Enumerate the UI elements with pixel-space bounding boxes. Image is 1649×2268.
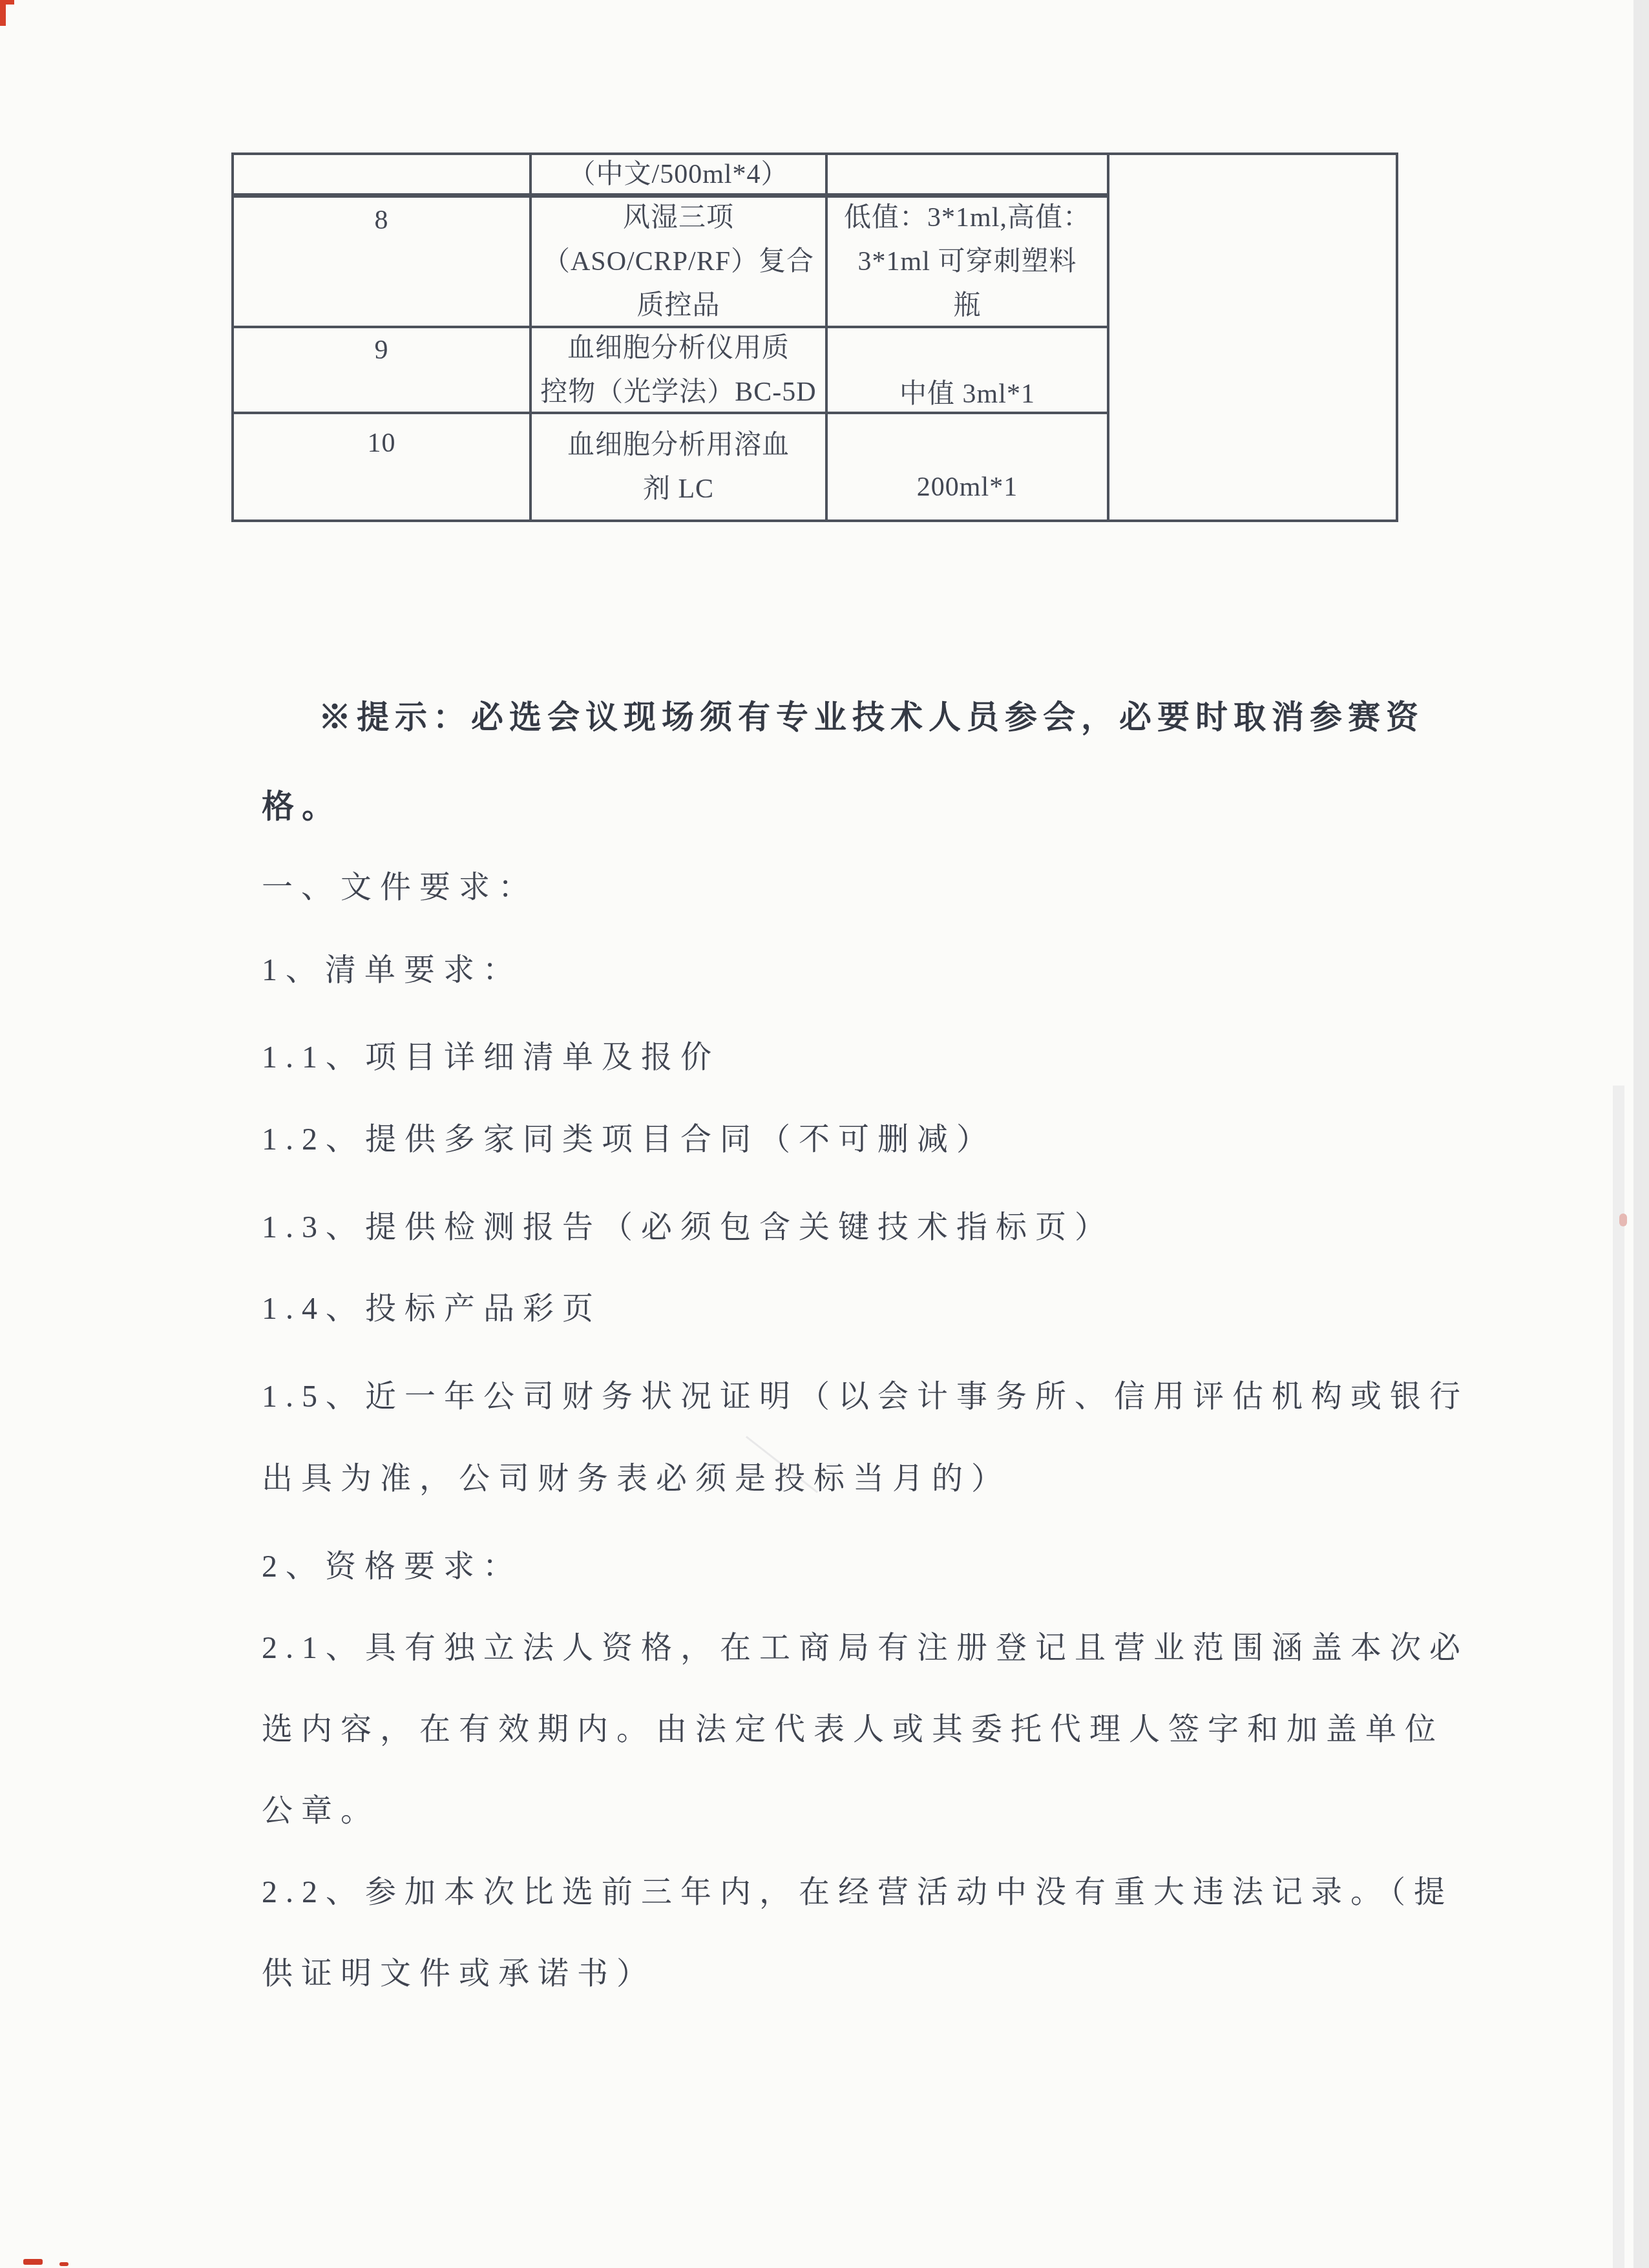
table-cell-carryover-num bbox=[234, 155, 532, 198]
table-text: （ASO/CRP/RF）复合 bbox=[543, 240, 814, 284]
reagent-spec-table: （中文/500ml*4） 8 风湿三项 （ASO/CRP/RF）复合 质控品 低… bbox=[231, 152, 1398, 522]
scan-pink-dot-right bbox=[1619, 1213, 1627, 1226]
item-2-2: 2.2、参加本次比选前三年内，在经营活动中没有重大违法记录。（提 bbox=[262, 1870, 1453, 1915]
table-row-number: 8 bbox=[375, 198, 389, 242]
item-1-1: 1.1、项目详细清单及报价 bbox=[262, 1035, 720, 1080]
subsection-1: 1、清单要求： bbox=[262, 948, 522, 993]
table-cell-carryover-spec bbox=[828, 155, 1109, 198]
table-text: 质控品 bbox=[636, 284, 720, 328]
table-cell-row10-num: 10 bbox=[234, 414, 532, 520]
table-cell-carryover-name: （中文/500ml*4） bbox=[532, 155, 828, 198]
table-cell-row9-name: 血细胞分析仪用质 控物（光学法）BC-5D bbox=[532, 328, 828, 414]
item-1-2: 1.2、提供多家同类项目合同（不可删减） bbox=[262, 1117, 996, 1162]
item-1-4: 1.4、投标产品彩页 bbox=[262, 1286, 602, 1332]
scan-streak-right-inner bbox=[1613, 1086, 1624, 2268]
table-row-number: 10 bbox=[368, 421, 396, 465]
table-cell-row8-spec: 低值：3*1ml,高值： 3*1ml 可穿刺塑料 瓶 bbox=[828, 198, 1109, 328]
item-1-5-continuation: 出具为准，公司财务表必须是投标当月的） bbox=[262, 1456, 1011, 1502]
table-cell-row8-num: 8 bbox=[234, 198, 532, 328]
table-cell-row8-name: 风湿三项 （ASO/CRP/RF）复合 质控品 bbox=[532, 198, 828, 328]
table-text: 瓶 bbox=[953, 284, 981, 328]
table-cell-row9-num: 9 bbox=[234, 328, 532, 414]
table-text: 风湿三项 bbox=[623, 198, 734, 240]
table-text: 控物（光学法）BC-5D bbox=[540, 370, 816, 414]
scan-red-dash-bottom-2 bbox=[59, 2262, 68, 2266]
subsection-2: 2、资格要求： bbox=[262, 1544, 522, 1590]
notice-line: ※提示：必选会议现场须有专业技术人员参会，必要时取消参赛资 bbox=[319, 695, 1424, 740]
table-text: 血细胞分析仪用质 bbox=[567, 328, 790, 370]
table-text: 200ml*1 bbox=[917, 465, 1018, 509]
table-text: 3*1ml 可穿刺塑料 bbox=[858, 240, 1077, 284]
scan-red-dash-bottom-1 bbox=[23, 2259, 43, 2265]
item-2-1-continuation-2: 公章。 bbox=[262, 1789, 380, 1834]
table-text: 低值：3*1ml,高值： bbox=[844, 198, 1091, 240]
scanned-document-page: （中文/500ml*4） 8 风湿三项 （ASO/CRP/RF）复合 质控品 低… bbox=[0, 0, 1649, 2268]
section-heading-1: 一、文件要求： bbox=[262, 865, 538, 910]
scan-streak-right-edge bbox=[1633, 0, 1649, 2268]
table-cell-row10-name: 血细胞分析用溶血 剂 LC bbox=[532, 414, 828, 520]
table-text: 剂 LC bbox=[643, 467, 714, 511]
item-2-2-continuation: 供证明文件或承诺书） bbox=[262, 1951, 656, 1997]
table-row-number: 9 bbox=[375, 328, 389, 372]
table-text: 血细胞分析用溶血 bbox=[567, 423, 790, 467]
item-1-5: 1.5、近一年公司财务状况证明（以会计事务所、信用评估机构或银行 bbox=[262, 1374, 1469, 1420]
table-text: 中值 3ml*1 bbox=[899, 372, 1035, 414]
table-cell-row9-spec: 中值 3ml*1 bbox=[828, 328, 1109, 414]
table-cell-remarks-empty bbox=[1109, 155, 1396, 520]
table-text: （中文/500ml*4） bbox=[568, 155, 788, 196]
item-2-1-continuation: 选内容，在有效期内。由法定代表人或其委托代理人签字和加盖单位 bbox=[262, 1707, 1444, 1752]
notice-line-continuation: 格。 bbox=[262, 784, 342, 829]
table-cell-row10-spec: 200ml*1 bbox=[828, 414, 1109, 520]
item-2-1: 2.1、具有独立法人资格，在工商局有注册登记且营业范围涵盖本次必 bbox=[262, 1626, 1469, 1671]
item-1-3: 1.3、提供检测报告（必须包含关键技术指标页） bbox=[262, 1205, 1114, 1250]
scan-red-mark-top-left-horizontal bbox=[0, 0, 14, 5]
scan-red-mark-top-left-vertical bbox=[0, 0, 6, 26]
